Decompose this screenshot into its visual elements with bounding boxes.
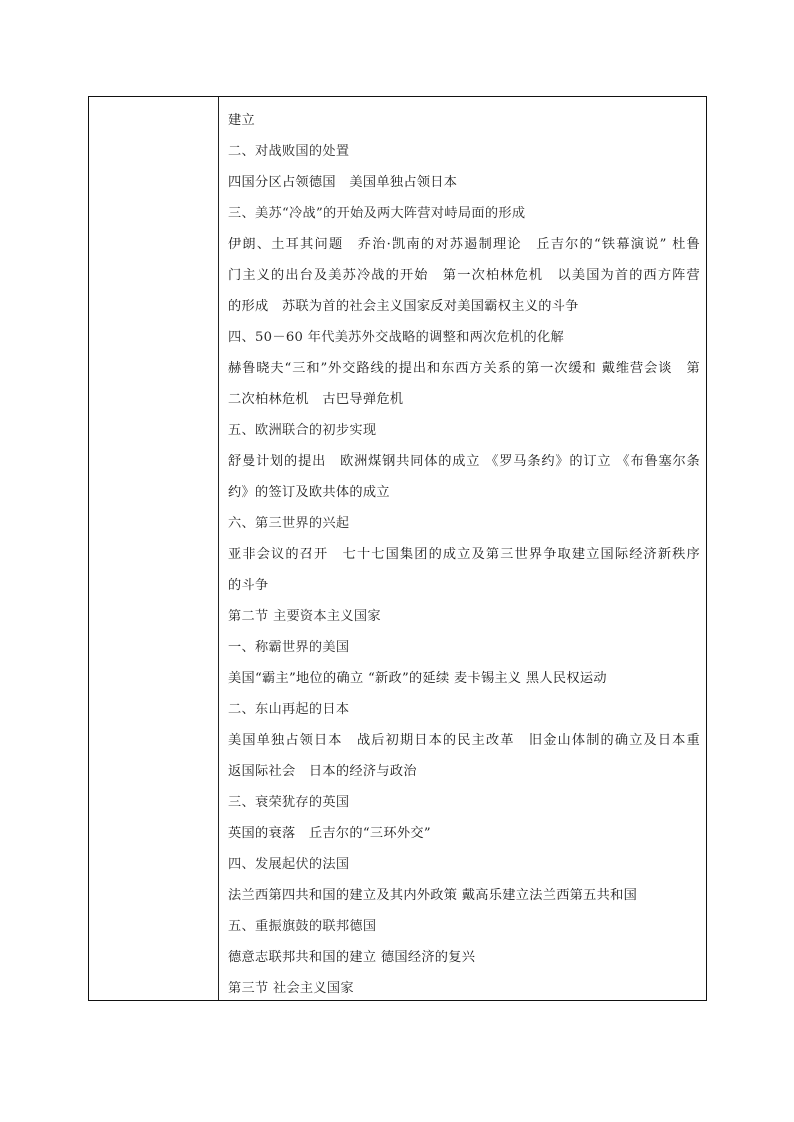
outline-line: 美国单独占领日本 战后初期日本的民主改革 旧金山体制的确立及日本重 (228, 725, 700, 756)
table-right-cell: 建立 二、对战败国的处置 四国分区占领德国 美国单独占领日本 三、美苏“冷战”的… (220, 97, 706, 1000)
outline-line: 约》的签订及欧共体的成立 (228, 477, 700, 508)
outline-line: 的形成 苏联为首的社会主义国家反对美国霸权主义的斗争 (228, 291, 700, 322)
chapter-heading: 第二节 主要资本主义国家 (228, 601, 700, 632)
section-heading: 二、对战败国的处置 (228, 136, 700, 167)
section-heading: 四、50－60 年代美苏外交战略的调整和两次危机的化解 (228, 322, 700, 353)
outline-line: 德意志联邦共和国的建立 德国经济的复兴 (228, 942, 700, 973)
outline-line: 英国的衰落 丘吉尔的“三环外交” (228, 818, 700, 849)
section-heading: 一、称霸世界的美国 (228, 632, 700, 663)
outline-line: 美国“霸主”地位的确立 “新政”的延续 麦卡锡主义 黑人民权运动 (228, 663, 700, 694)
outline-line: 的斗争 (228, 570, 700, 601)
section-heading: 三、衰荣犹存的英国 (228, 787, 700, 818)
outline-line: 四国分区占领德国 美国单独占领日本 (228, 167, 700, 198)
outline-line: 建立 (228, 105, 700, 136)
section-heading: 五、重振旗鼓的联邦德国 (228, 911, 700, 942)
table-left-cell (89, 97, 219, 1000)
section-heading: 五、欧洲联合的初步实现 (228, 415, 700, 446)
chapter-heading: 第三节 社会主义国家 (228, 973, 700, 1004)
outline-line: 亚非会议的召开 七十七国集团的成立及第三世界争取建立国际经济新秩序 (228, 539, 700, 570)
outline-line: 伊朗、土耳其问题 乔治·凯南的对苏遏制理论 丘吉尔的“铁幕演说” 杜鲁 (228, 229, 700, 260)
outline-line: 门主义的出台及美苏冷战的开始 第一次柏林危机 以美国为首的西方阵营 (228, 260, 700, 291)
outline-line: 赫鲁晓夫“三和”外交路线的提出和东西方关系的第一次缓和 戴维营会谈 第 (228, 353, 700, 384)
section-heading: 四、发展起伏的法国 (228, 849, 700, 880)
outline-line: 二次柏林危机 古巴导弹危机 (228, 384, 700, 415)
section-heading: 三、美苏“冷战”的开始及两大阵营对峙局面的形成 (228, 198, 700, 229)
outline-line: 返国际社会 日本的经济与政治 (228, 756, 700, 787)
section-heading: 六、第三世界的兴起 (228, 508, 700, 539)
outline-line: 舒曼计划的提出 欧洲煤钢共同体的成立 《罗马条约》的订立 《布鲁塞尔条 (228, 446, 700, 477)
outline-table: 建立 二、对战败国的处置 四国分区占领德国 美国单独占领日本 三、美苏“冷战”的… (88, 96, 707, 1001)
outline-line: 法兰西第四共和国的建立及其内外政策 戴高乐建立法兰西第五共和国 (228, 880, 700, 911)
section-heading: 二、东山再起的日本 (228, 694, 700, 725)
